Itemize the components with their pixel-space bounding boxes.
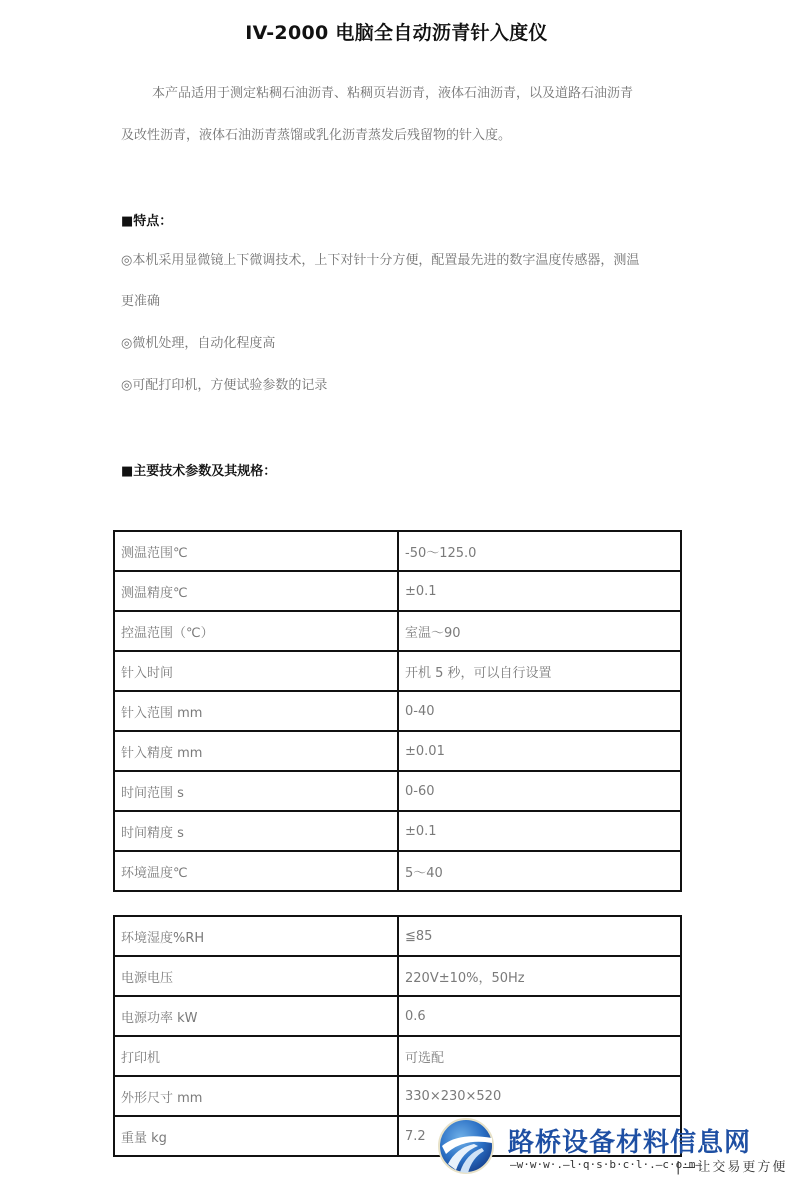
- spec-key: 外形尺寸 mm: [114, 1076, 398, 1116]
- spec-value: 室温～90: [398, 611, 681, 651]
- specs-heading: ■主要技术参数及其规格：: [121, 460, 276, 479]
- watermark-slogan-text: —让交易更方便: [682, 1160, 787, 1175]
- spec-key: 重量 kg: [114, 1116, 398, 1156]
- features-heading: ■特点：: [121, 210, 172, 229]
- spec-key: 环境湿度%RH: [114, 916, 398, 956]
- spec-value: ±0.01: [398, 731, 681, 771]
- spec-key: 针入范围 mm: [114, 691, 398, 731]
- spec-value: ±0.1: [398, 571, 681, 611]
- table-row: 控温范围（℃）室温～90: [114, 611, 681, 651]
- spec-key: 时间精度 s: [114, 811, 398, 851]
- spec-value: 0.6: [398, 996, 681, 1036]
- table-row: 电源电压220V±10%，50Hz: [114, 956, 681, 996]
- table-row: 测温范围℃-50～125.0: [114, 531, 681, 571]
- table-row: 时间范围 s0-60: [114, 771, 681, 811]
- spec-value: 330×230×520: [398, 1076, 681, 1116]
- watermark-site-name: 路桥设备材料信息网: [508, 1122, 751, 1159]
- spec-value: 0-60: [398, 771, 681, 811]
- table-row: 时间精度 s±0.1: [114, 811, 681, 851]
- watermark-logo: 路桥设备材料信息网 —w·w·w·.—l·q·s·b·c·l·.—c·o·m— …: [438, 1118, 793, 1184]
- table-row: 针入范围 mm0-40: [114, 691, 681, 731]
- spec-value: 开机 5 秒，可以自行设置: [398, 651, 681, 691]
- spec-key: 环境温度℃: [114, 851, 398, 891]
- spec-value: 可选配: [398, 1036, 681, 1076]
- watermark-slogan: |—让交易更方便: [676, 1156, 787, 1175]
- spec-key: 电源电压: [114, 956, 398, 996]
- spec-key: 打印机: [114, 1036, 398, 1076]
- spec-key: 针入精度 mm: [114, 731, 398, 771]
- spec-value: 0-40: [398, 691, 681, 731]
- table-row: 针入时间开机 5 秒，可以自行设置: [114, 651, 681, 691]
- spec-key: 控温范围（℃）: [114, 611, 398, 651]
- table-row: 针入精度 mm±0.01: [114, 731, 681, 771]
- page-title: IV-2000 电脑全自动沥青针入度仪: [0, 18, 793, 45]
- table-row: 环境湿度%RH≦85: [114, 916, 681, 956]
- intro-line-2: 及改性沥青，液体石油沥青蒸馏或乳化沥青蒸发后残留物的针入度。: [121, 126, 681, 146]
- spec-value: -50～125.0: [398, 531, 681, 571]
- spec-key: 测温精度℃: [114, 571, 398, 611]
- feature-item-1: ◎本机采用显微镜上下微调技术，上下对针十分方便，配置最先进的数字温度传感器，测温…: [121, 251, 681, 312]
- spec-value: ≦85: [398, 916, 681, 956]
- spec-key: 针入时间: [114, 651, 398, 691]
- spec-value: 220V±10%，50Hz: [398, 956, 681, 996]
- feature-item-2: ◎微机处理，自动化程度高: [121, 334, 681, 354]
- spec-key: 测温范围℃: [114, 531, 398, 571]
- spec-value: ±0.1: [398, 811, 681, 851]
- table-row: 环境温度℃5～40: [114, 851, 681, 891]
- road-bridge-logo-icon: [438, 1118, 494, 1174]
- feature-item-1-line1: ◎本机采用显微镜上下微调技术，上下对针十分方便，配置最先进的数字温度传感器，测温: [121, 251, 681, 271]
- table-row: 外形尺寸 mm330×230×520: [114, 1076, 681, 1116]
- spec-value: 5～40: [398, 851, 681, 891]
- spec-key: 时间范围 s: [114, 771, 398, 811]
- table-row: 打印机可选配: [114, 1036, 681, 1076]
- feature-item-1-line2: 更准确: [121, 292, 681, 312]
- intro-paragraph: 本产品适用于测定粘稠石油沥青、粘稠页岩沥青，液体石油沥青，以及道路石油沥青 及改…: [121, 84, 681, 146]
- intro-line-1: 本产品适用于测定粘稠石油沥青、粘稠页岩沥青，液体石油沥青，以及道路石油沥青: [121, 84, 681, 104]
- table-row: 测温精度℃±0.1: [114, 571, 681, 611]
- spec-table-1: 测温范围℃-50～125.0 测温精度℃±0.1 控温范围（℃）室温～90 针入…: [113, 530, 682, 892]
- feature-item-3: ◎可配打印机，方便试验参数的记录: [121, 376, 681, 396]
- spec-key: 电源功率 kW: [114, 996, 398, 1036]
- table-row: 电源功率 kW0.6: [114, 996, 681, 1036]
- watermark-url: —w·w·w·.—l·q·s·b·c·l·.—c·o·m—: [510, 1158, 702, 1171]
